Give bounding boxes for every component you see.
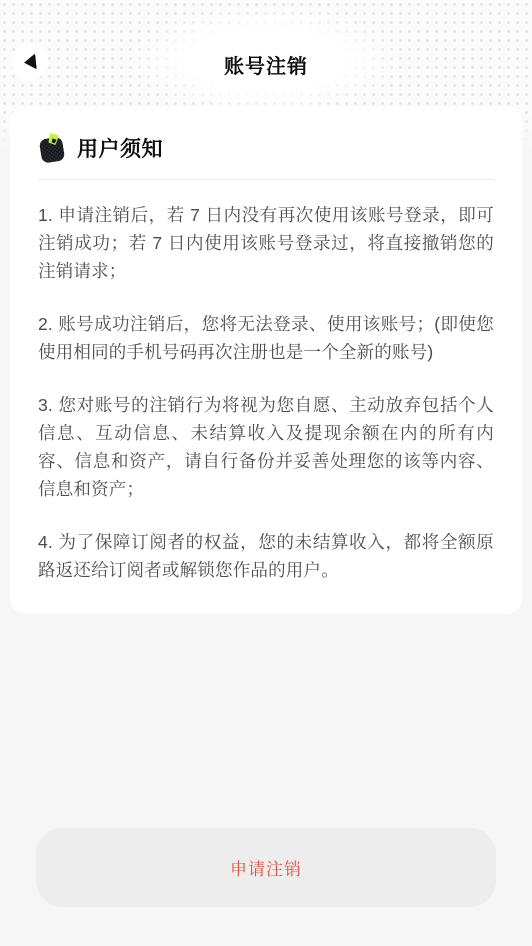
app-logo-icon (38, 132, 66, 164)
divider (38, 179, 494, 180)
notice-card: 用户须知 1. 申请注销后，若 7 日内没有再次使用该账号登录，即可注销成功；若… (10, 106, 522, 614)
page-title: 账号注销 (0, 50, 532, 79)
apply-cancellation-button[interactable]: 申请注销 (36, 828, 496, 907)
apply-cancellation-label: 申请注销 (230, 855, 302, 880)
notice-heading: 用户须知 (77, 133, 163, 163)
header: 账号注销 (0, 0, 532, 105)
notice-item-4: 4. 为了保障订阅者的权益，您的未结算收入，都将全额原路返还给订阅者或解锁您作品… (38, 528, 494, 584)
notice-item-2: 2. 账号成功注销后，您将无法登录、使用该账号；(即使您使用相同的手机号码再次注… (38, 310, 494, 366)
notice-item-1: 1. 申请注销后，若 7 日内没有再次使用该账号登录，即可注销成功；若 7 日内… (38, 201, 494, 285)
notice-item-3: 3. 您对账号的注销行为将视为您自愿、主动放弃包括个人信息、互动信息、未结算收入… (38, 391, 494, 503)
notice-card-header: 用户须知 (38, 132, 494, 164)
